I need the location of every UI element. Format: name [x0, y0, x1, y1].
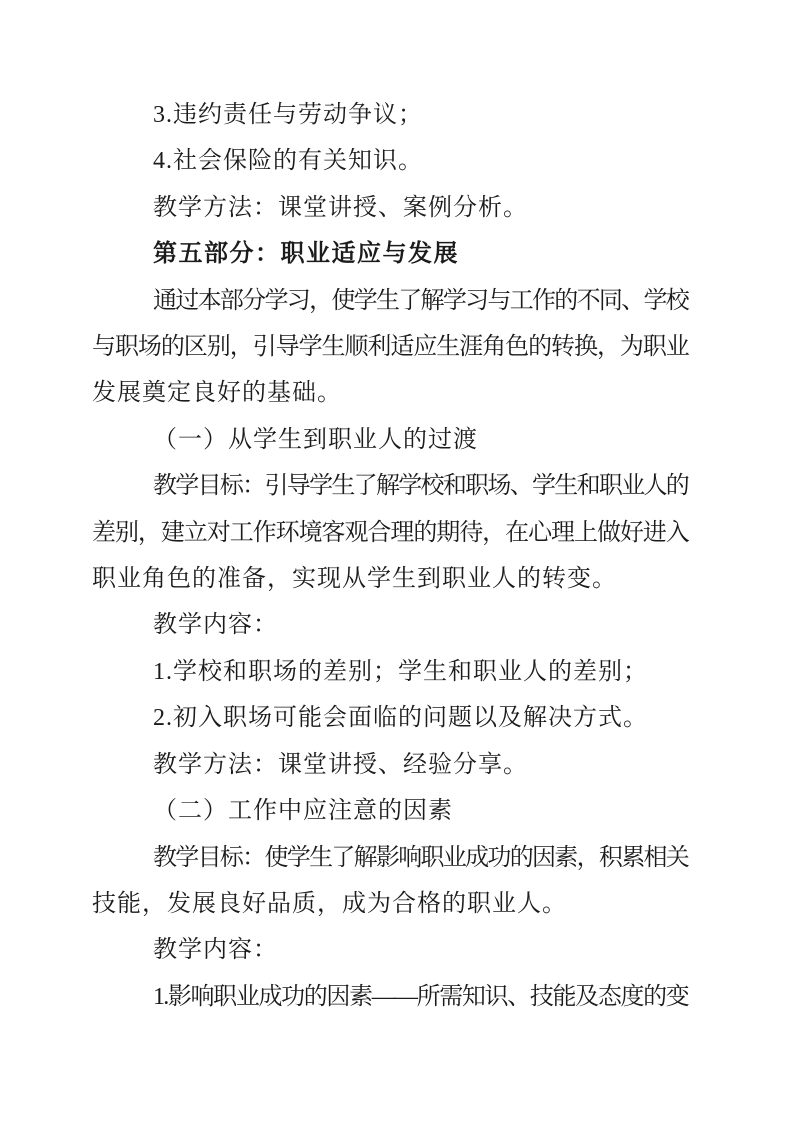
text-line: 1.影响职业成功的因素——所需知识、技能及态度的变	[92, 974, 688, 1020]
text-line: 技能，发展良好品质，成为合格的职业人。	[92, 881, 688, 927]
subsection-heading: （一）从学生到职业人的过渡	[92, 417, 688, 463]
text-line: 教学目标：使学生了解影响职业成功的因素，积累相关	[92, 835, 688, 881]
subsection-heading: （二）工作中应注意的因素	[92, 788, 688, 834]
document-page: 3.违约责任与劳动争议； 4.社会保险的有关知识。 教学方法：课堂讲授、案例分析…	[0, 0, 793, 1122]
text-line: 差别，建立对工作环境客观合理的期待，在心理上做好进入	[92, 510, 688, 556]
text-line: 发展奠定良好的基础。	[92, 370, 688, 416]
text-line: 教学方法：课堂讲授、经验分享。	[92, 742, 688, 788]
text-line: 教学方法：课堂讲授、案例分析。	[92, 185, 688, 231]
section-heading: 第五部分：职业适应与发展	[92, 231, 688, 277]
text-line: 教学目标：引导学生了解学校和职场、学生和职业人的	[92, 463, 688, 509]
text-line: 2.初入职场可能会面临的问题以及解决方式。	[92, 695, 688, 741]
text-line: 教学内容：	[92, 602, 688, 648]
text-line: 职业角色的准备，实现从学生到职业人的转变。	[92, 556, 688, 602]
text-line: 1.学校和职场的差别；学生和职业人的差别；	[92, 649, 688, 695]
text-line: 教学内容：	[92, 927, 688, 973]
text-line: 与职场的区别，引导学生顺利适应生涯角色的转换，为职业	[92, 324, 688, 370]
text-line: 通过本部分学习，使学生了解学习与工作的不同、学校	[92, 278, 688, 324]
text-line: 4.社会保险的有关知识。	[92, 138, 688, 184]
text-line: 3.违约责任与劳动争议；	[92, 92, 688, 138]
